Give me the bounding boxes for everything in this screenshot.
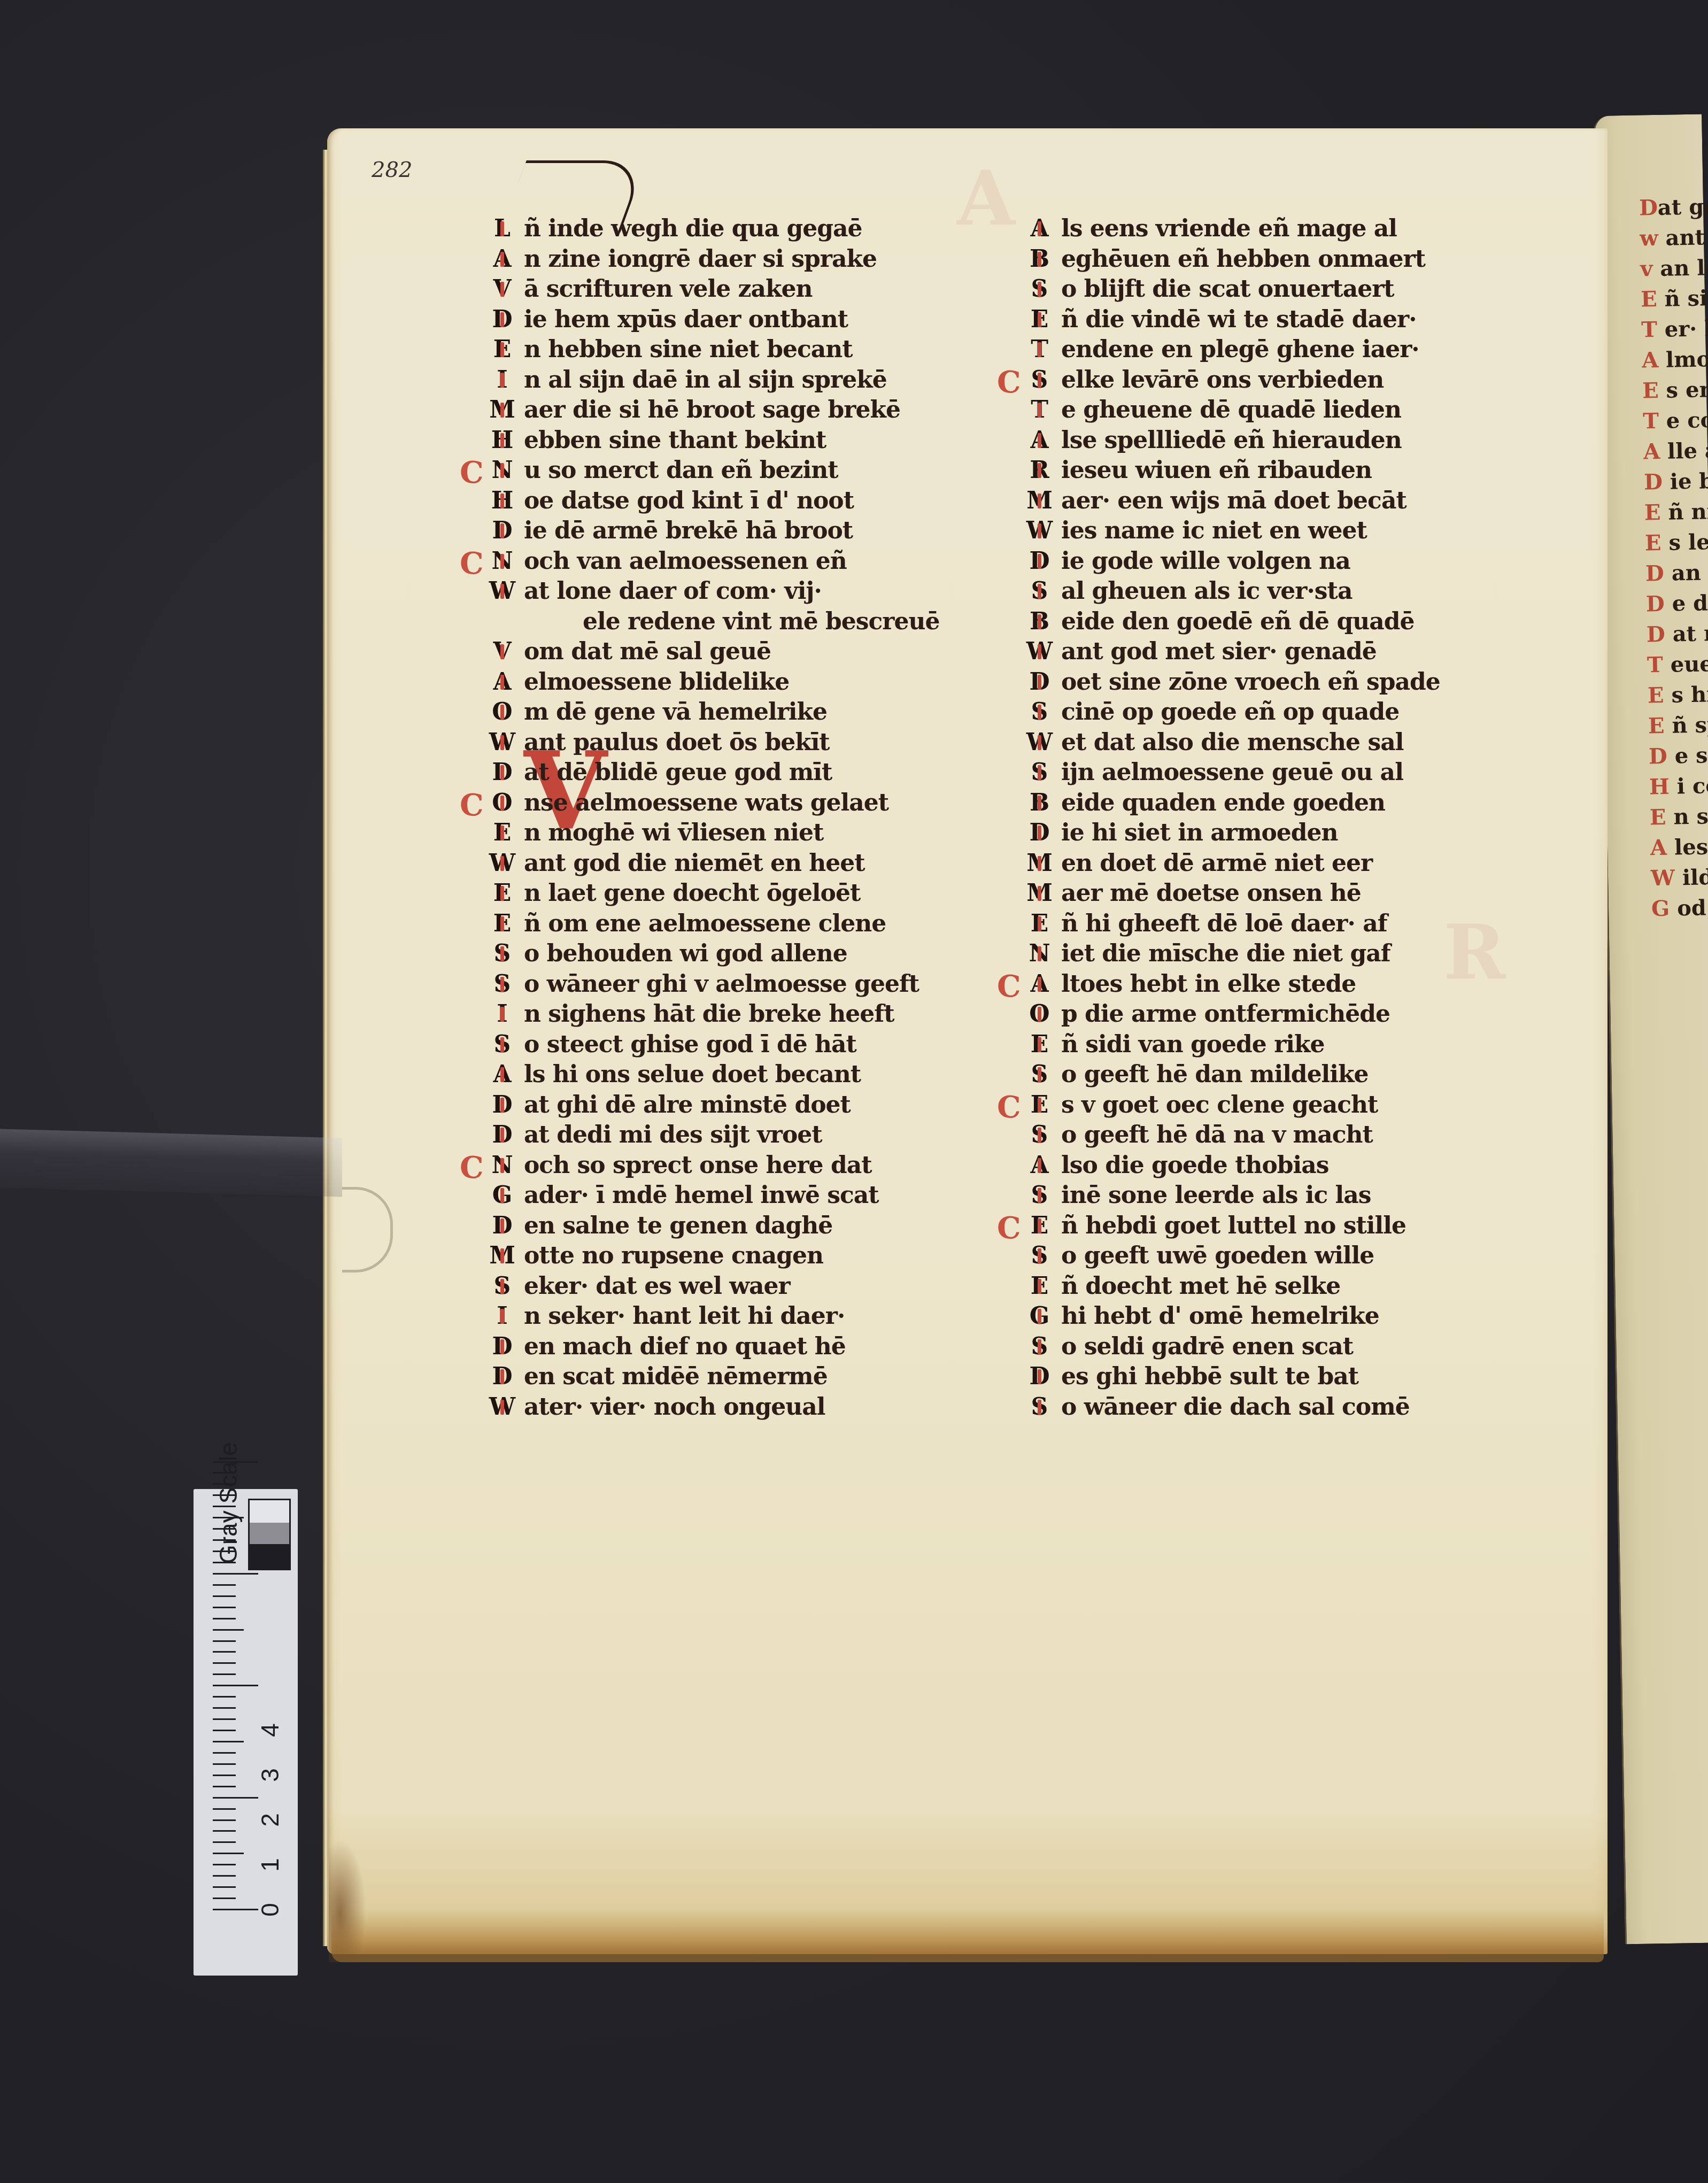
line-text: ant god die niemēt en heet [524, 850, 865, 877]
verse-line: So geeft uwē goeden wille [1061, 1241, 1440, 1271]
facing-page-line: T e com [1643, 407, 1708, 434]
line-text: n sighens hāt die breke heeft [524, 1000, 894, 1028]
facing-page-line: E s ene d [1642, 376, 1708, 404]
ruler-tick [213, 1483, 236, 1485]
line-initial: D [1024, 546, 1055, 576]
line-initial: N [486, 546, 517, 576]
line-text: hi hebt d' omē hemelrike [1061, 1302, 1379, 1330]
line-text: n zine iongrē daer si sprake [524, 245, 877, 273]
ruler-tick [213, 1584, 236, 1586]
line-initial: S [1024, 576, 1055, 606]
facing-page-line: A lle all [1643, 438, 1708, 465]
verse-line: Want god met sier· genadē [1061, 637, 1440, 667]
verse-line: Water· vier· noch ongeual [524, 1392, 940, 1423]
water-stain-corner [329, 1839, 366, 1962]
line-initial: D [1024, 667, 1055, 697]
show-through-initial: A [957, 155, 1015, 243]
line-text: ñ die vindē wi te stadē daer· [1061, 306, 1416, 333]
facing-page-line: v an lond [1640, 254, 1708, 282]
ruler-label: 1 [256, 1858, 284, 1872]
facing-page-line: E ñ niet [1644, 498, 1708, 525]
line-initial: V [486, 637, 517, 667]
ruler-label: 3 [256, 1768, 284, 1782]
line-initial: E [486, 909, 517, 939]
ruler-tick [213, 1841, 236, 1843]
line-text: ñ inde wegh die qua gegaē [524, 215, 862, 242]
line-initial: W [1024, 728, 1055, 758]
line-text: ijn aelmoessene geuē ou al [1061, 759, 1403, 786]
line-initial: W [486, 1392, 517, 1422]
line-text: o geeft hē dan mildelike [1061, 1061, 1369, 1088]
facing-page-line: E s let [1645, 529, 1708, 556]
line-text: eker· dat es wel waer [524, 1272, 790, 1300]
verse-line: Als hi ons selue doet becant [524, 1060, 940, 1090]
line-text: o blijft die scat onuertaert [1061, 275, 1394, 303]
ruler-tick [213, 1886, 236, 1888]
line-initial: E [1024, 1211, 1055, 1241]
line-text: en mach dief no quaet hē [524, 1333, 846, 1360]
verse-line: Beide quaden ende goeden [1061, 788, 1440, 819]
verse-line: Lñ inde wegh die qua gegaē [524, 214, 940, 244]
line-text: ele redene vint mē bescreuē [583, 608, 940, 635]
line-text: iet die mīsche die niet gaf [1061, 940, 1390, 967]
line-text: cinē op goede eñ op quade [1061, 698, 1399, 726]
line-initial: S [486, 1271, 517, 1301]
ruler-tick [213, 1528, 236, 1530]
line-initial: E [1024, 909, 1055, 939]
line-initial: D [486, 305, 517, 335]
verse-line: Wat lone daer of com· vij· [524, 576, 940, 607]
line-text: aer· een wijs mā doet becāt [1061, 487, 1406, 514]
line-text: ie hi siet in armoeden [1061, 819, 1338, 846]
verse-line: CAltoes hebt in elke stede [1061, 969, 1440, 1000]
line-initial: D [1024, 818, 1055, 848]
verse-line: Beide den goedē eñ dē quadē [1061, 607, 1440, 637]
line-text: lso die goede thobias [1061, 1152, 1329, 1179]
show-through-initial: R [1443, 909, 1505, 997]
line-text: es ghi hebbē sult te bat [1061, 1363, 1358, 1390]
line-text: o steect ghise god ī dē hāt [524, 1031, 856, 1058]
line-initial: N [1024, 939, 1055, 969]
line-initial: S [1024, 697, 1055, 727]
line-initial: N [486, 1151, 517, 1181]
line-text: n al sijn daē in al sijn sprekē [524, 366, 887, 394]
verse-line: Wet dat also die mensche sal [1061, 728, 1440, 758]
ruler-tick [213, 1595, 236, 1597]
line-text: e gheuene dē quadē lieden [1061, 396, 1401, 423]
ruler-tick [213, 1573, 258, 1575]
verse-line: Motte no rupsene cnagen [524, 1241, 940, 1271]
line-initial: M [1024, 486, 1055, 516]
ruler-tick [213, 1461, 258, 1463]
line-text: at ghi dē alre minstē doet [524, 1091, 851, 1119]
line-initial: R [1024, 456, 1055, 485]
verse-line: Maer mē doetse onsen hē [1061, 878, 1440, 909]
verse-line: CNoch van aelmoessenen eñ [524, 546, 940, 577]
verse-line: Eñ die vindē wi te stadē daer· [1061, 305, 1440, 335]
verse-line: So steect ghise god ī dē hāt [524, 1030, 940, 1060]
line-initial: G [1024, 1301, 1055, 1331]
verse-line: Eñ sidi van goede rike [1061, 1030, 1440, 1060]
line-initial: T [1024, 335, 1055, 365]
red-paragraph-mark: C [460, 1153, 483, 1183]
line-initial: W [486, 848, 517, 878]
facing-page-line: Dat god [1639, 194, 1708, 220]
facing-page-line: G od sal [1651, 894, 1708, 921]
line-initial: D [486, 516, 517, 546]
line-initial: S [1024, 1241, 1055, 1271]
verse-line: Den mach dief no quaet hē [524, 1332, 940, 1362]
line-text: s v goet oec clene geacht [1061, 1091, 1378, 1119]
line-text: ant paulus doet ōs bekīt [524, 729, 830, 756]
facing-page-line: W ildi m [1651, 864, 1708, 891]
ruler-label: 2 [256, 1813, 284, 1827]
ruler-tick [213, 1786, 236, 1787]
verse-line: Also die goede thobias [1061, 1151, 1440, 1181]
line-text: oet sine zōne vroech eñ spade [1061, 668, 1440, 696]
verse-line: En moghē wi v̄liesen niet [524, 818, 940, 848]
verse-line: Eñ doecht met hē selke [1061, 1271, 1440, 1302]
line-text: ls eens vriende eñ mage al [1061, 215, 1397, 242]
verse-line: Alse spellliedē eñ hierauden [1061, 426, 1440, 456]
red-paragraph-mark: C [997, 1213, 1021, 1243]
red-paragraph-mark: C [997, 971, 1021, 1001]
line-initial: S [1024, 365, 1055, 395]
verse-line: So blijft die scat onuertaert [1061, 274, 1440, 305]
ruler-tick [213, 1562, 236, 1563]
line-initial: S [1024, 1120, 1055, 1150]
verse-line: Die dē armē brekē hā broot [524, 516, 940, 546]
line-initial: A [486, 1060, 517, 1090]
ruler-tick [213, 1797, 258, 1799]
ruler-tick [213, 1752, 236, 1754]
text-column-right: Als eens vriende eñ mage alBeghēuen eñ h… [1061, 214, 1440, 1422]
swatch-gray [250, 1523, 289, 1544]
verse-line: Als eens vriende eñ mage al [1061, 214, 1440, 244]
verse-line: Den salne te genen daghē [524, 1211, 940, 1241]
ruler-tick [213, 1909, 258, 1910]
facing-page-line: A lmoess [1642, 346, 1708, 373]
facing-page-line: E s hi wa [1648, 681, 1708, 708]
ruler-tick [213, 1651, 236, 1653]
line-initial: S [1024, 1332, 1055, 1362]
verse-line: An zine iongrē daer si sprake [524, 244, 940, 275]
line-initial: B [1024, 607, 1055, 637]
line-initial: H [486, 486, 517, 516]
facing-page-line: D ie bed [1644, 468, 1708, 495]
line-text: ls hi ons selue doet becant [524, 1061, 861, 1088]
ruler-tick [213, 1551, 236, 1552]
line-text: n seker· hant leit hi daer· [524, 1302, 845, 1330]
line-initial: I [486, 999, 517, 1029]
line-initial: D [486, 758, 517, 788]
ruler-tick [213, 1853, 244, 1854]
facing-page-line: E n sijn [1650, 803, 1708, 830]
ruler-tick [213, 1696, 236, 1698]
facing-page-line: E ñ si en le [1641, 284, 1708, 312]
verse-line: En hebben sine niet becant [524, 335, 940, 365]
verse-line: Op die arme ontfermichēde [1061, 999, 1440, 1030]
line-text: och van aelmoessenen eñ [524, 547, 847, 575]
verse-line: Eñ om ene aelmoessene clene [524, 909, 940, 939]
verse-line: CNoch so sprect onse here dat [524, 1151, 940, 1181]
verse-line: Seker· dat es wel waer [524, 1271, 940, 1302]
swatch-black [250, 1544, 289, 1569]
line-text: n laet gene doecht ōgeloēt [524, 880, 860, 907]
facing-page-line: D e da [1646, 590, 1708, 616]
line-initial: L [486, 214, 517, 244]
line-initial: S [1024, 1060, 1055, 1090]
line-initial: A [486, 244, 517, 274]
verse-line: Men doet dē armē niet eer [1061, 848, 1440, 879]
line-initial: M [486, 395, 517, 425]
verse-line: Niet die mīsche die niet gaf [1061, 939, 1440, 969]
line-text: o seldi gadrē enen scat [1061, 1333, 1353, 1360]
line-text: n hebben sine niet becant [524, 336, 853, 363]
line-text: ater· vier· noch ongeual [524, 1393, 825, 1421]
verse-line: COnse aelmoessene wats gelaet [524, 788, 940, 819]
verse-line: Sijn aelmoessene geuē ou al [1061, 758, 1440, 788]
ruler-tick [213, 1808, 236, 1810]
red-paragraph-mark: C [997, 367, 1021, 397]
verse-line: Doet sine zōne vroech eñ spade [1061, 667, 1440, 698]
verse-line: Vā scrifturen vele zaken [524, 274, 940, 305]
line-initial: B [1024, 788, 1055, 818]
verse-line: In seker· hant leit hi daer· [524, 1301, 940, 1332]
verse-line: Eñ hi gheeft dē loē daer· af [1061, 909, 1440, 939]
line-initial: A [1024, 969, 1055, 999]
line-text: ant god met sier· genadē [1061, 638, 1377, 665]
line-initial: S [486, 939, 517, 969]
ruler-tick [213, 1775, 236, 1776]
line-initial: O [486, 697, 517, 727]
line-text: ltoes hebt in elke stede [1061, 970, 1356, 998]
ruler-tick [213, 1494, 236, 1496]
line-text: u so merct dan eñ bezint [524, 457, 838, 484]
line-initial: S [486, 1030, 517, 1060]
verse-line: Tendene en plegē ghene iaer· [1061, 335, 1440, 365]
line-initial: S [1024, 758, 1055, 788]
verse-line: Gader· ī mdē hemel inwē scat [524, 1181, 940, 1211]
line-initial: W [486, 728, 517, 758]
line-text: n moghē wi v̄liesen niet [524, 819, 823, 846]
facing-page-line: T euel [1647, 651, 1708, 677]
line-text: o geeft hē dā na v macht [1061, 1121, 1373, 1148]
line-text: eide den goedē eñ dē quadē [1061, 608, 1414, 635]
ruler-tick [213, 1629, 244, 1631]
line-initial: E [1024, 1030, 1055, 1060]
ruler-tick [213, 1897, 236, 1899]
ruler-tick [213, 1730, 236, 1731]
line-initial: E [1024, 1090, 1055, 1120]
verse-line: Om dē gene vā hemelrike [524, 697, 940, 728]
verse-line: So wāneer die dach sal comē [1061, 1392, 1440, 1423]
facing-page-line: E ñ speb [1648, 712, 1708, 738]
verse-line: Die hi siet in armoeden [1061, 818, 1440, 848]
line-initial: D [486, 1332, 517, 1362]
facing-page-line: A les god [1650, 834, 1708, 861]
line-text: nse aelmoessene wats gelaet [524, 789, 888, 816]
line-initial: M [486, 1241, 517, 1271]
line-text: ie dē armē brekē hā broot [524, 517, 853, 544]
line-initial: I [486, 365, 517, 395]
line-initial: W [1024, 516, 1055, 546]
line-initial: W [1024, 637, 1055, 667]
line-initial: A [1024, 426, 1055, 456]
ruler-tick [213, 1662, 236, 1664]
line-text: ñ sidi van goede rike [1061, 1031, 1325, 1058]
line-text: en scat midēē nēmermē [524, 1363, 828, 1390]
gray-scale-card: Gray Scale 01234 [194, 1489, 298, 1976]
verse-line: Te gheuene dē quadē lieden [1061, 395, 1440, 426]
verse-line: En laet gene doecht ōgeloēt [524, 878, 940, 909]
verse-line: Dat ghi dē alre minstē doet [524, 1090, 940, 1121]
line-text: elmoessene blidelike [524, 668, 789, 696]
line-initial: E [1024, 305, 1055, 335]
line-text: en salne te genen daghē [524, 1212, 832, 1239]
verse-line: So seldi gadrē enen scat [1061, 1332, 1440, 1362]
line-text: ie gode wille volgen na [1061, 547, 1350, 575]
line-initial: H [486, 426, 517, 456]
verse-line: Wies name ic niet en weet [1061, 516, 1440, 546]
line-initial: E [1024, 1271, 1055, 1301]
line-initial: D [486, 1211, 517, 1241]
verse-line: Den scat midēē nēmermē [524, 1362, 940, 1392]
line-text: ie hem xpūs daer ontbant [524, 306, 848, 333]
line-text: ñ om ene aelmoessene clene [524, 910, 886, 937]
ruler-tick [213, 1640, 236, 1642]
ruler-tick [213, 1517, 244, 1518]
ruler-tick [213, 1819, 236, 1821]
line-text: ieseu wiuen eñ ribauden [1061, 457, 1372, 484]
line-initial: D [486, 1362, 517, 1392]
folio-number: 282 [372, 158, 412, 182]
line-initial: A [1024, 1151, 1055, 1181]
ruler-tick [213, 1875, 236, 1877]
line-initial: S [486, 969, 517, 999]
facing-page-line: H i comme [1649, 772, 1708, 799]
line-initial: A [486, 667, 517, 697]
line-initial: E [486, 818, 517, 848]
verse-line: Want god die niemēt en heet [524, 848, 940, 879]
line-initial: V [486, 274, 517, 304]
verse-line: Sinē sone leerde als ic las [1061, 1181, 1440, 1211]
verse-line: CEñ hebdi goet luttel no stille [1061, 1211, 1440, 1241]
verse-line: In sighens hāt die breke heeft [524, 999, 940, 1030]
ruler-tick [213, 1763, 236, 1765]
line-initial: S [1024, 1392, 1055, 1422]
line-text: eghēuen eñ hebben onmaert [1061, 245, 1425, 273]
ruler-tick [213, 1673, 236, 1675]
line-text: at dē blidē geue god mīt [524, 759, 832, 786]
line-text: et dat also die mensche sal [1061, 729, 1403, 756]
verse-line: Dat dedi mi des sijt vroet [524, 1120, 940, 1151]
ruler-tick [213, 1707, 236, 1709]
line-text: lse spellliedē eñ hierauden [1061, 427, 1402, 454]
verse-line: CSelke levārē ons verbieden [1061, 365, 1440, 396]
line-text: o wāneer ghi v aelmoesse geeft [524, 970, 919, 998]
line-initial: M [1024, 878, 1055, 908]
red-paragraph-mark: C [460, 458, 483, 488]
ruler-tick [213, 1472, 236, 1474]
verse-line: Vom dat mē sal geuē [524, 637, 940, 667]
facing-page-line: T er· hellen [1641, 315, 1708, 342]
verse-line: Des ghi hebbē sult te bat [1061, 1362, 1440, 1392]
line-text: m dē gene vā hemelrike [524, 698, 827, 726]
verse-line: Scinē op goede eñ op quade [1061, 697, 1440, 728]
text-column-left: Lñ inde wegh die qua gegaēAn zine iongrē… [524, 214, 940, 1422]
verse-line: CNu so merct dan eñ bezint [524, 456, 940, 486]
facing-page-line: w ant acht [1640, 223, 1708, 251]
line-initial: M [1024, 848, 1055, 878]
line-initial: S [1024, 1181, 1055, 1210]
gray-swatches [248, 1499, 291, 1570]
ruler-label: 0 [256, 1903, 284, 1917]
line-text: ā scrifturen vele zaken [524, 275, 813, 303]
verse-line: So geeft hē dan mildelike [1061, 1060, 1440, 1090]
ruler-tick [213, 1741, 244, 1742]
line-initial: D [486, 1120, 517, 1150]
line-initial: E [486, 878, 517, 908]
line-text: inē sone leerde als ic las [1061, 1182, 1371, 1209]
line-text: ebben sine thant bekint [524, 427, 826, 454]
water-stain-bottom [331, 1909, 1604, 1962]
red-paragraph-mark: C [460, 549, 483, 578]
ruler-tick [213, 1539, 236, 1541]
verse-line: Die hem xpūs daer ontbant [524, 305, 940, 335]
verse-line: Dat dē blidē geue god mīt [524, 758, 940, 788]
line-initial: O [1024, 999, 1055, 1029]
ruler-tick [213, 1718, 236, 1720]
ruler-tick [213, 1685, 258, 1686]
red-paragraph-mark: C [460, 790, 483, 820]
verse-line: Aelmoessene blidelike [524, 667, 940, 698]
line-initial: D [486, 1090, 517, 1120]
ruler-tick [213, 1607, 236, 1608]
verse-line: Maer· een wijs mā doet becāt [1061, 486, 1440, 516]
verse-line: Hebben sine thant bekint [524, 426, 940, 456]
line-text: ñ hebdi goet luttel no stille [1061, 1212, 1406, 1239]
line-text: och so sprect onse here dat [524, 1152, 872, 1179]
line-text: aer mē doetse onsen hē [1061, 880, 1361, 907]
verse-line: So wāneer ghi v aelmoesse geeft [524, 969, 940, 1000]
ruler-tick [213, 1830, 236, 1832]
line-text: ñ hi gheeft dē loē daer· af [1061, 910, 1387, 937]
line-text: otte no rupsene cnagen [524, 1242, 823, 1269]
line-text: o geeft uwē goeden wille [1061, 1242, 1374, 1269]
line-initial: D [1024, 1362, 1055, 1392]
facing-page-line: D e spra [1649, 742, 1708, 769]
line-text: ñ doecht met hē selke [1061, 1272, 1340, 1300]
line-text: at lone daer of com· vij· [524, 577, 822, 605]
line-text: om dat mē sal geuē [524, 638, 771, 665]
line-initial: W [486, 576, 517, 606]
line-initial: S [1024, 274, 1055, 304]
verse-line: Want paulus doet ōs bekīt [524, 728, 940, 758]
line-text: o behouden wi god allene [524, 940, 847, 967]
line-text: o wāneer die dach sal comē [1061, 1393, 1410, 1421]
ruler-label: 4 [256, 1723, 284, 1737]
verse-line: Hoe datse god kint ī d' noot [524, 486, 940, 516]
verse-line: In al sijn daē in al sijn sprekē [524, 365, 940, 396]
ruler-tick [213, 1618, 236, 1619]
line-text: p die arme ontfermichēde [1061, 1000, 1390, 1028]
facing-page-line: D an sa [1645, 560, 1708, 587]
swatch-white [250, 1500, 289, 1523]
line-text: at dedi mi des sijt vroet [524, 1121, 822, 1148]
line-initial: B [1024, 244, 1055, 274]
line-text: al gheuen als ic ver·sta [1061, 577, 1352, 605]
